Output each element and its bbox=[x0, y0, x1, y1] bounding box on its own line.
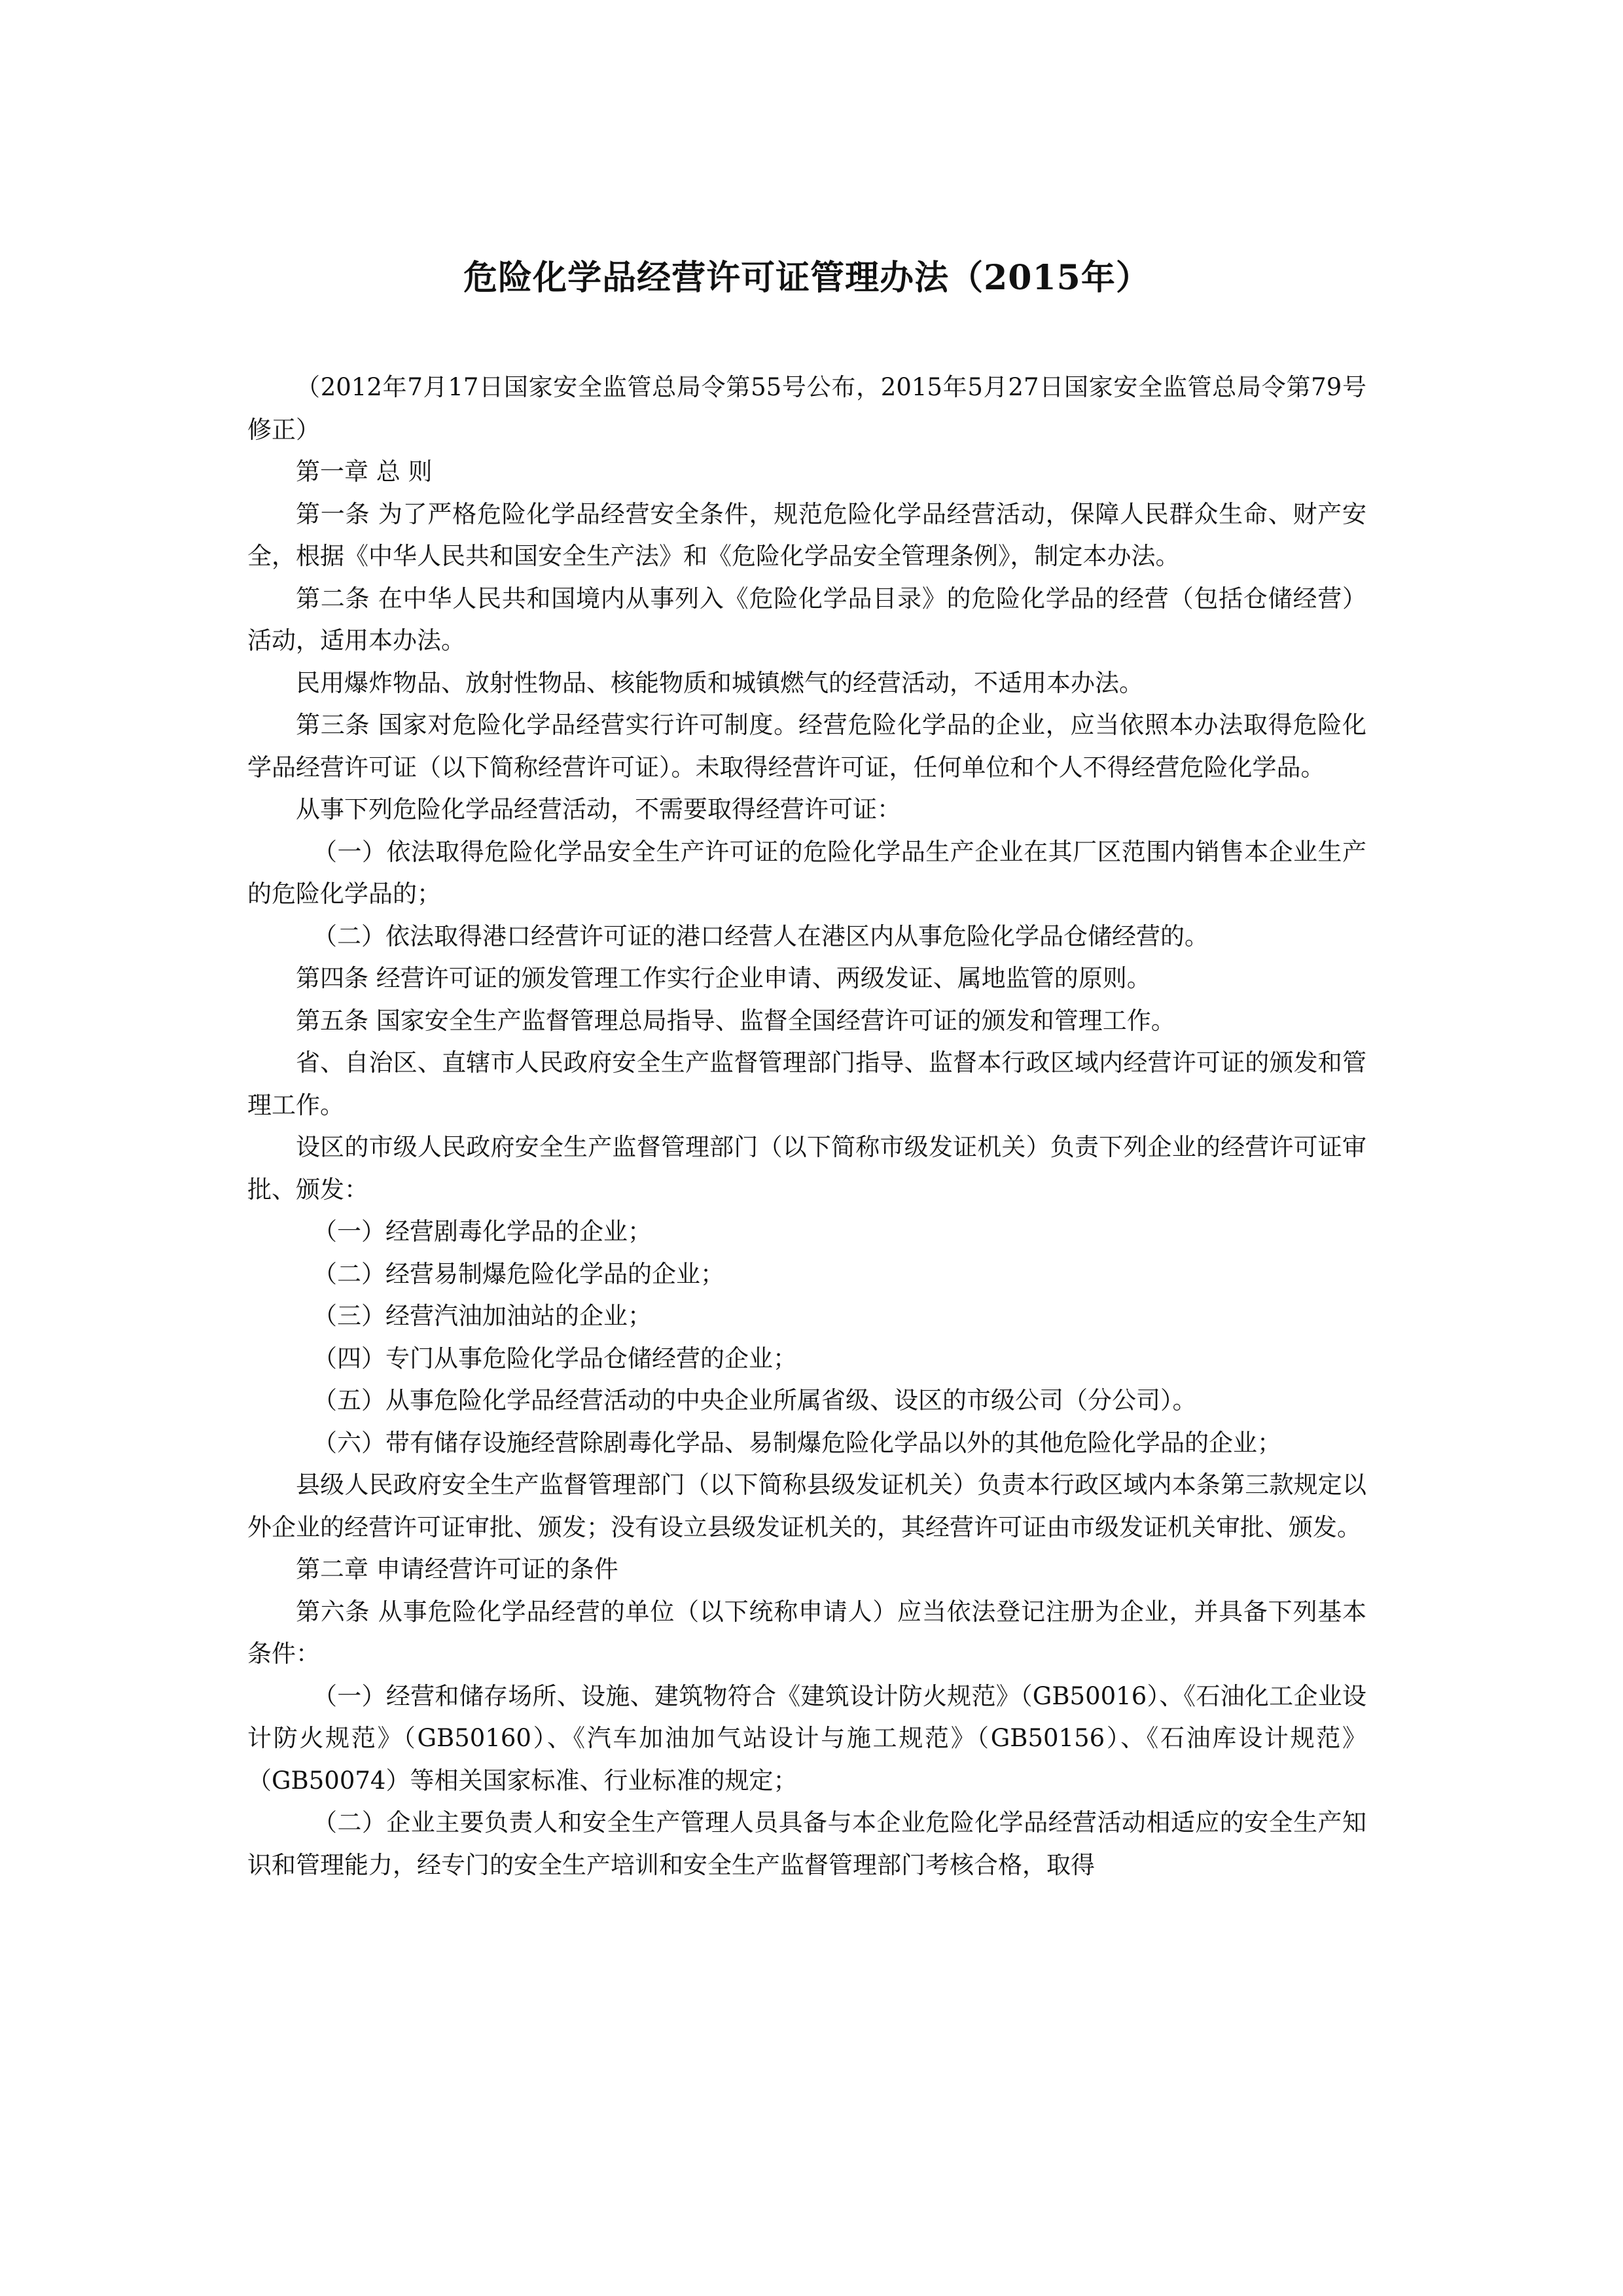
list-item: （四）专门从事危险化学品仓储经营的企业； bbox=[247, 1338, 1366, 1380]
list-item: （一）经营剧毒化学品的企业； bbox=[247, 1211, 1366, 1253]
document-title: 危险化学品经营许可证管理办法（2015年） bbox=[247, 252, 1366, 304]
article-3: 第三条 国家对危险化学品经营实行许可制度。经营危险化学品的企业，应当依照本办法取… bbox=[247, 704, 1366, 789]
chapter-heading: 第二章 申请经营许可证的条件 bbox=[247, 1549, 1366, 1591]
list-item: （五）从事危险化学品经营活动的中央企业所属省级、设区的市级公司（分公司）。 bbox=[247, 1380, 1366, 1422]
list-item: （三）经营汽油加油站的企业； bbox=[247, 1295, 1366, 1338]
chapter-heading: 第一章 总 则 bbox=[247, 451, 1366, 493]
document-body: （2012年7月17日国家安全监管总局令第55号公布，2015年5月27日国家安… bbox=[247, 367, 1366, 1886]
paragraph: 设区的市级人民政府安全生产监督管理部门（以下简称市级发证机关）负责下列企业的经营… bbox=[247, 1126, 1366, 1211]
article-2: 第二条 在中华人民共和国境内从事列入《危险化学品目录》的危险化学品的经营（包括仓… bbox=[247, 578, 1366, 662]
list-item: （一）经营和储存场所、设施、建筑物符合《建筑设计防火规范》（GB50016）、《… bbox=[247, 1676, 1366, 1803]
list-item: （二）经营易制爆危险化学品的企业； bbox=[247, 1253, 1366, 1296]
revision-note: （2012年7月17日国家安全监管总局令第55号公布，2015年5月27日国家安… bbox=[247, 367, 1366, 451]
paragraph: 民用爆炸物品、放射性物品、核能物质和城镇燃气的经营活动，不适用本办法。 bbox=[247, 662, 1366, 705]
article-5: 第五条 国家安全生产监督管理总局指导、监督全国经营许可证的颁发和管理工作。 bbox=[247, 1000, 1366, 1043]
article-1: 第一条 为了严格危险化学品经营安全条件，规范危险化学品经营活动，保障人民群众生命… bbox=[247, 493, 1366, 578]
article-6: 第六条 从事危险化学品经营的单位（以下统称申请人）应当依法登记注册为企业，并具备… bbox=[247, 1591, 1366, 1676]
article-4: 第四条 经营许可证的颁发管理工作实行企业申请、两级发证、属地监管的原则。 bbox=[247, 958, 1366, 1000]
list-item: （二）企业主要负责人和安全生产管理人员具备与本企业危险化学品经营活动相适应的安全… bbox=[247, 1802, 1366, 1886]
paragraph: 县级人民政府安全生产监督管理部门（以下简称县级发证机关）负责本行政区域内本条第三… bbox=[247, 1464, 1366, 1549]
list-item: （六）带有储存设施经营除剧毒化学品、易制爆危险化学品以外的其他危险化学品的企业； bbox=[247, 1422, 1366, 1465]
paragraph: 省、自治区、直辖市人民政府安全生产监督管理部门指导、监督本行政区域内经营许可证的… bbox=[247, 1042, 1366, 1126]
list-item: （二）依法取得港口经营许可证的港口经营人在港区内从事危险化学品仓储经营的。 bbox=[247, 916, 1366, 958]
paragraph: 从事下列危险化学品经营活动，不需要取得经营许可证： bbox=[247, 789, 1366, 831]
list-item: （一）依法取得危险化学品安全生产许可证的危险化学品生产企业在其厂区范围内销售本企… bbox=[247, 831, 1366, 916]
